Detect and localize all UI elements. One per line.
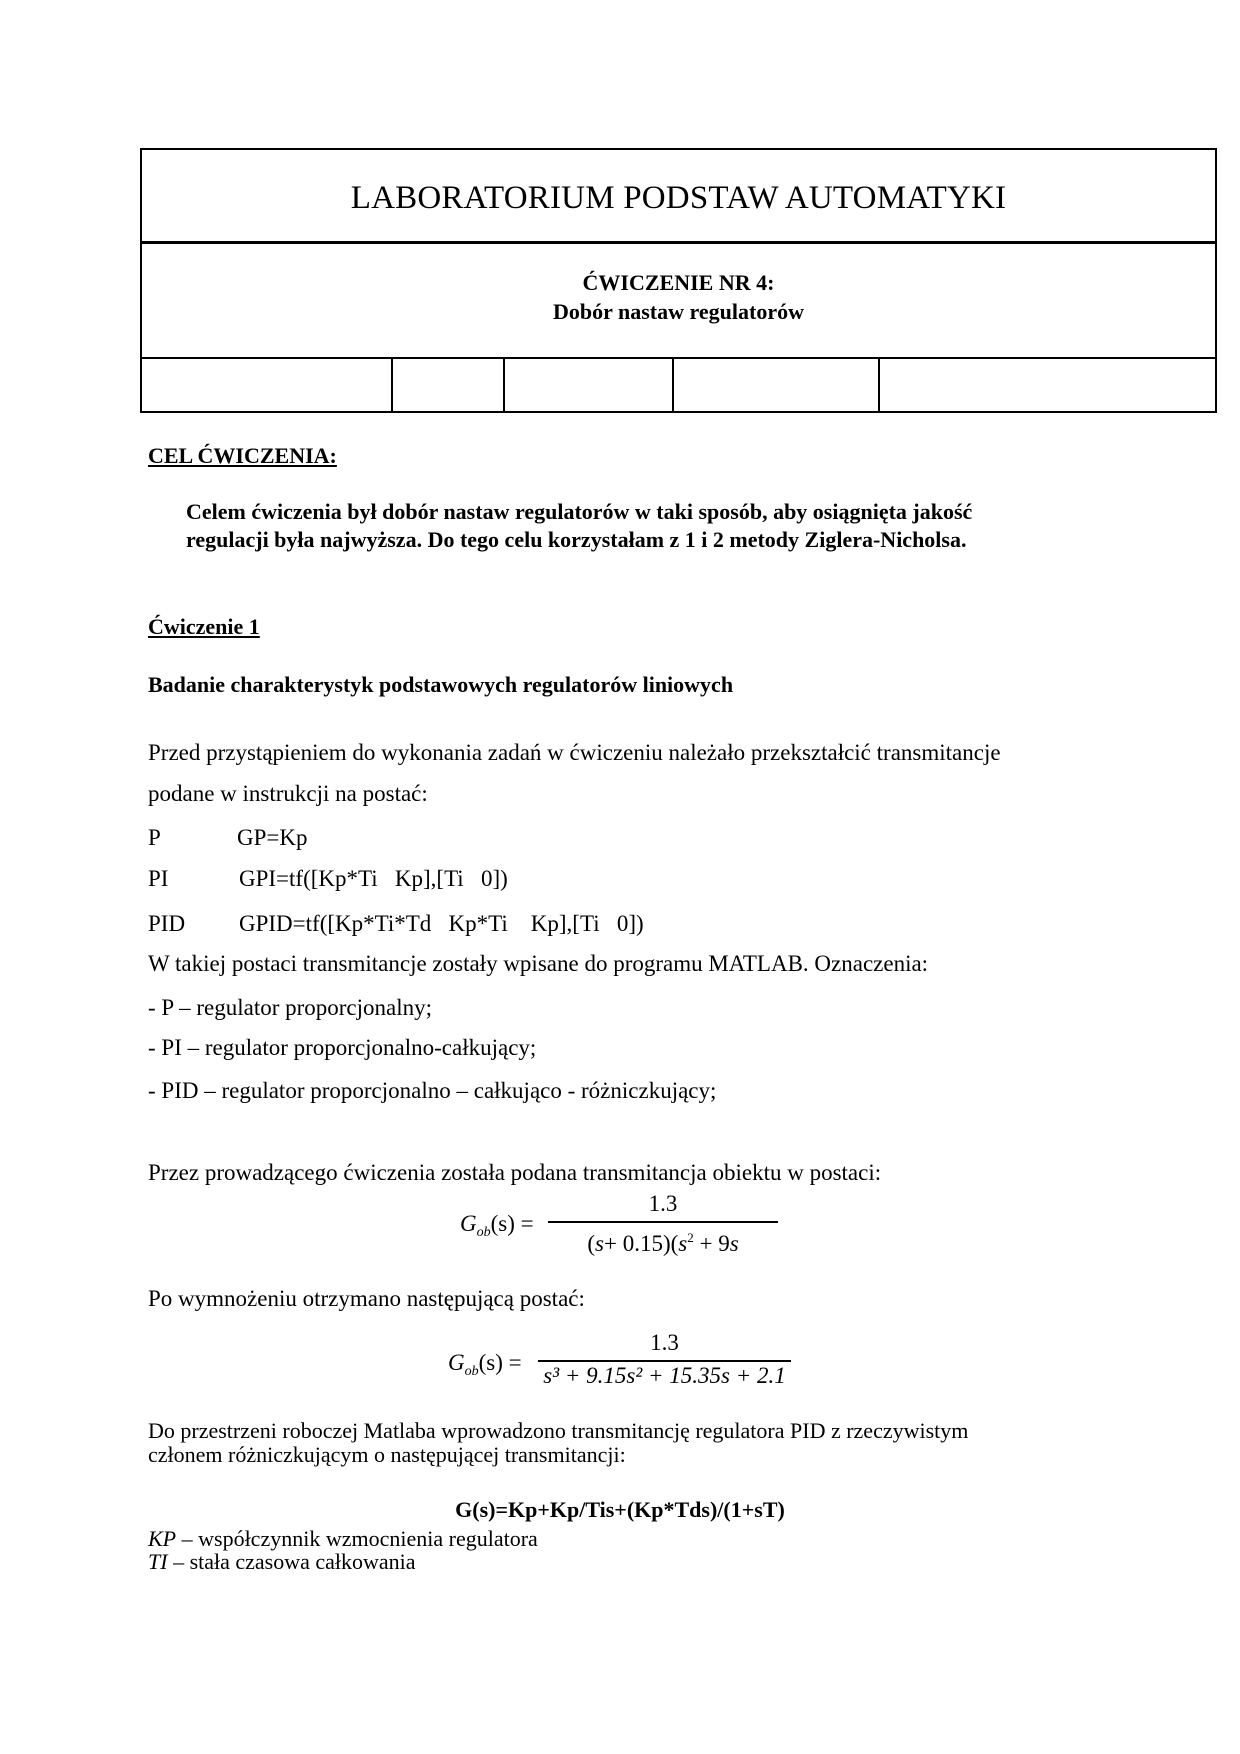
info-cell: [880, 359, 1215, 413]
info-cell: [674, 359, 880, 413]
formula2-symbol: G: [448, 1350, 465, 1375]
regulator-formula: GPI=tf([Kp*Ti Kp],[Ti 0]): [239, 866, 508, 892]
formula2-subscript: ob: [465, 1364, 479, 1379]
object-intro: Przez prowadzącego ćwiczenia została pod…: [148, 1160, 881, 1186]
regulator-name: PI: [148, 866, 168, 892]
regulator-formula: GP=Kp: [237, 825, 307, 851]
header-row-info: [142, 359, 1215, 413]
info-cell: [142, 359, 393, 413]
formula2-lhs: Gob(s) =: [448, 1350, 522, 1380]
intro-line: Przed przystąpieniem do wykonania zadań …: [148, 740, 1001, 766]
header-table: LABORATORIUM PODSTAW AUTOMATYKI ĆWICZENI…: [140, 148, 1217, 413]
formula1-symbol: G: [460, 1211, 477, 1236]
intro-line: podane w instrukcji na postać:: [148, 781, 428, 807]
definition-symbol: TI: [148, 1549, 168, 1574]
regulator-name: P: [148, 825, 161, 851]
pid-intro-line: Do przestrzeni roboczej Matlaba wprowadz…: [148, 1418, 968, 1444]
formula1-numerator: 1.3: [548, 1191, 778, 1217]
definition-text: – współczynnik wzmocnienia regulatora: [176, 1526, 538, 1551]
definition-ti: TI – stała czasowa całkowania: [148, 1549, 416, 1575]
exercise-title: Dobór nastaw regulatorów: [142, 299, 1215, 325]
regulator-formula: GPID=tf([Kp*Ti*Td Kp*Ti Kp],[Ti 0]): [239, 911, 644, 937]
header-row-title: LABORATORIUM PODSTAW AUTOMATYKI: [142, 150, 1215, 244]
definition-text: – stała czasowa całkowania: [168, 1549, 416, 1574]
goal-line: Celem ćwiczenia był dobór nastaw regulat…: [186, 498, 972, 526]
legend-item: - P – regulator proporcjonalny;: [148, 995, 432, 1021]
formula1-subscript: ob: [477, 1225, 491, 1240]
info-cell: [393, 359, 505, 413]
formula1-fraction-bar: [548, 1221, 778, 1223]
exercise1-heading: Ćwiczenie 1: [148, 614, 260, 640]
matlab-note: W takiej postaci transmitancje zostały w…: [148, 951, 928, 977]
exercise-number: ĆWICZENIE NR 4:: [142, 270, 1215, 296]
formula2-numerator: 1.3: [538, 1330, 791, 1356]
goal-heading: CEL ĆWICZENIA:: [148, 443, 337, 469]
pid-intro-line: członem różniczkującym o następującej tr…: [148, 1442, 626, 1468]
legend-item: - PI – regulator proporcjonalno-całkując…: [148, 1035, 536, 1061]
formula2-denominator: s³ + 9.15s² + 15.35s + 2.1: [538, 1363, 791, 1389]
pid-formula: G(s)=Kp+Kp/Tis+(Kp*Tds)/(1+sT): [0, 1497, 1240, 1523]
definition-symbol: KP: [148, 1526, 176, 1551]
formula1-arg: (s) =: [491, 1211, 534, 1236]
formula2-fraction-bar: [538, 1360, 791, 1362]
expanded-intro: Po wymnożeniu otrzymano następującą post…: [148, 1286, 585, 1312]
formula2-arg: (s) =: [479, 1350, 522, 1375]
exercise1-subheading: Badanie charakterystyk podstawowych regu…: [148, 672, 733, 698]
formula1-lhs: Gob(s) =: [460, 1211, 534, 1241]
lab-title: LABORATORIUM PODSTAW AUTOMATYKI: [142, 180, 1215, 217]
goal-line: regulacji była najwyższa. Do tego celu k…: [186, 526, 966, 554]
legend-item: - PID – regulator proporcjonalno – całku…: [148, 1078, 716, 1104]
header-row-exercise: ĆWICZENIE NR 4: Dobór nastaw regulatorów: [142, 244, 1215, 359]
formula1-denominator: (s+ 0.15)(s2 + 9s: [548, 1230, 778, 1257]
regulator-name: PID: [148, 911, 185, 937]
info-cell: [505, 359, 674, 413]
